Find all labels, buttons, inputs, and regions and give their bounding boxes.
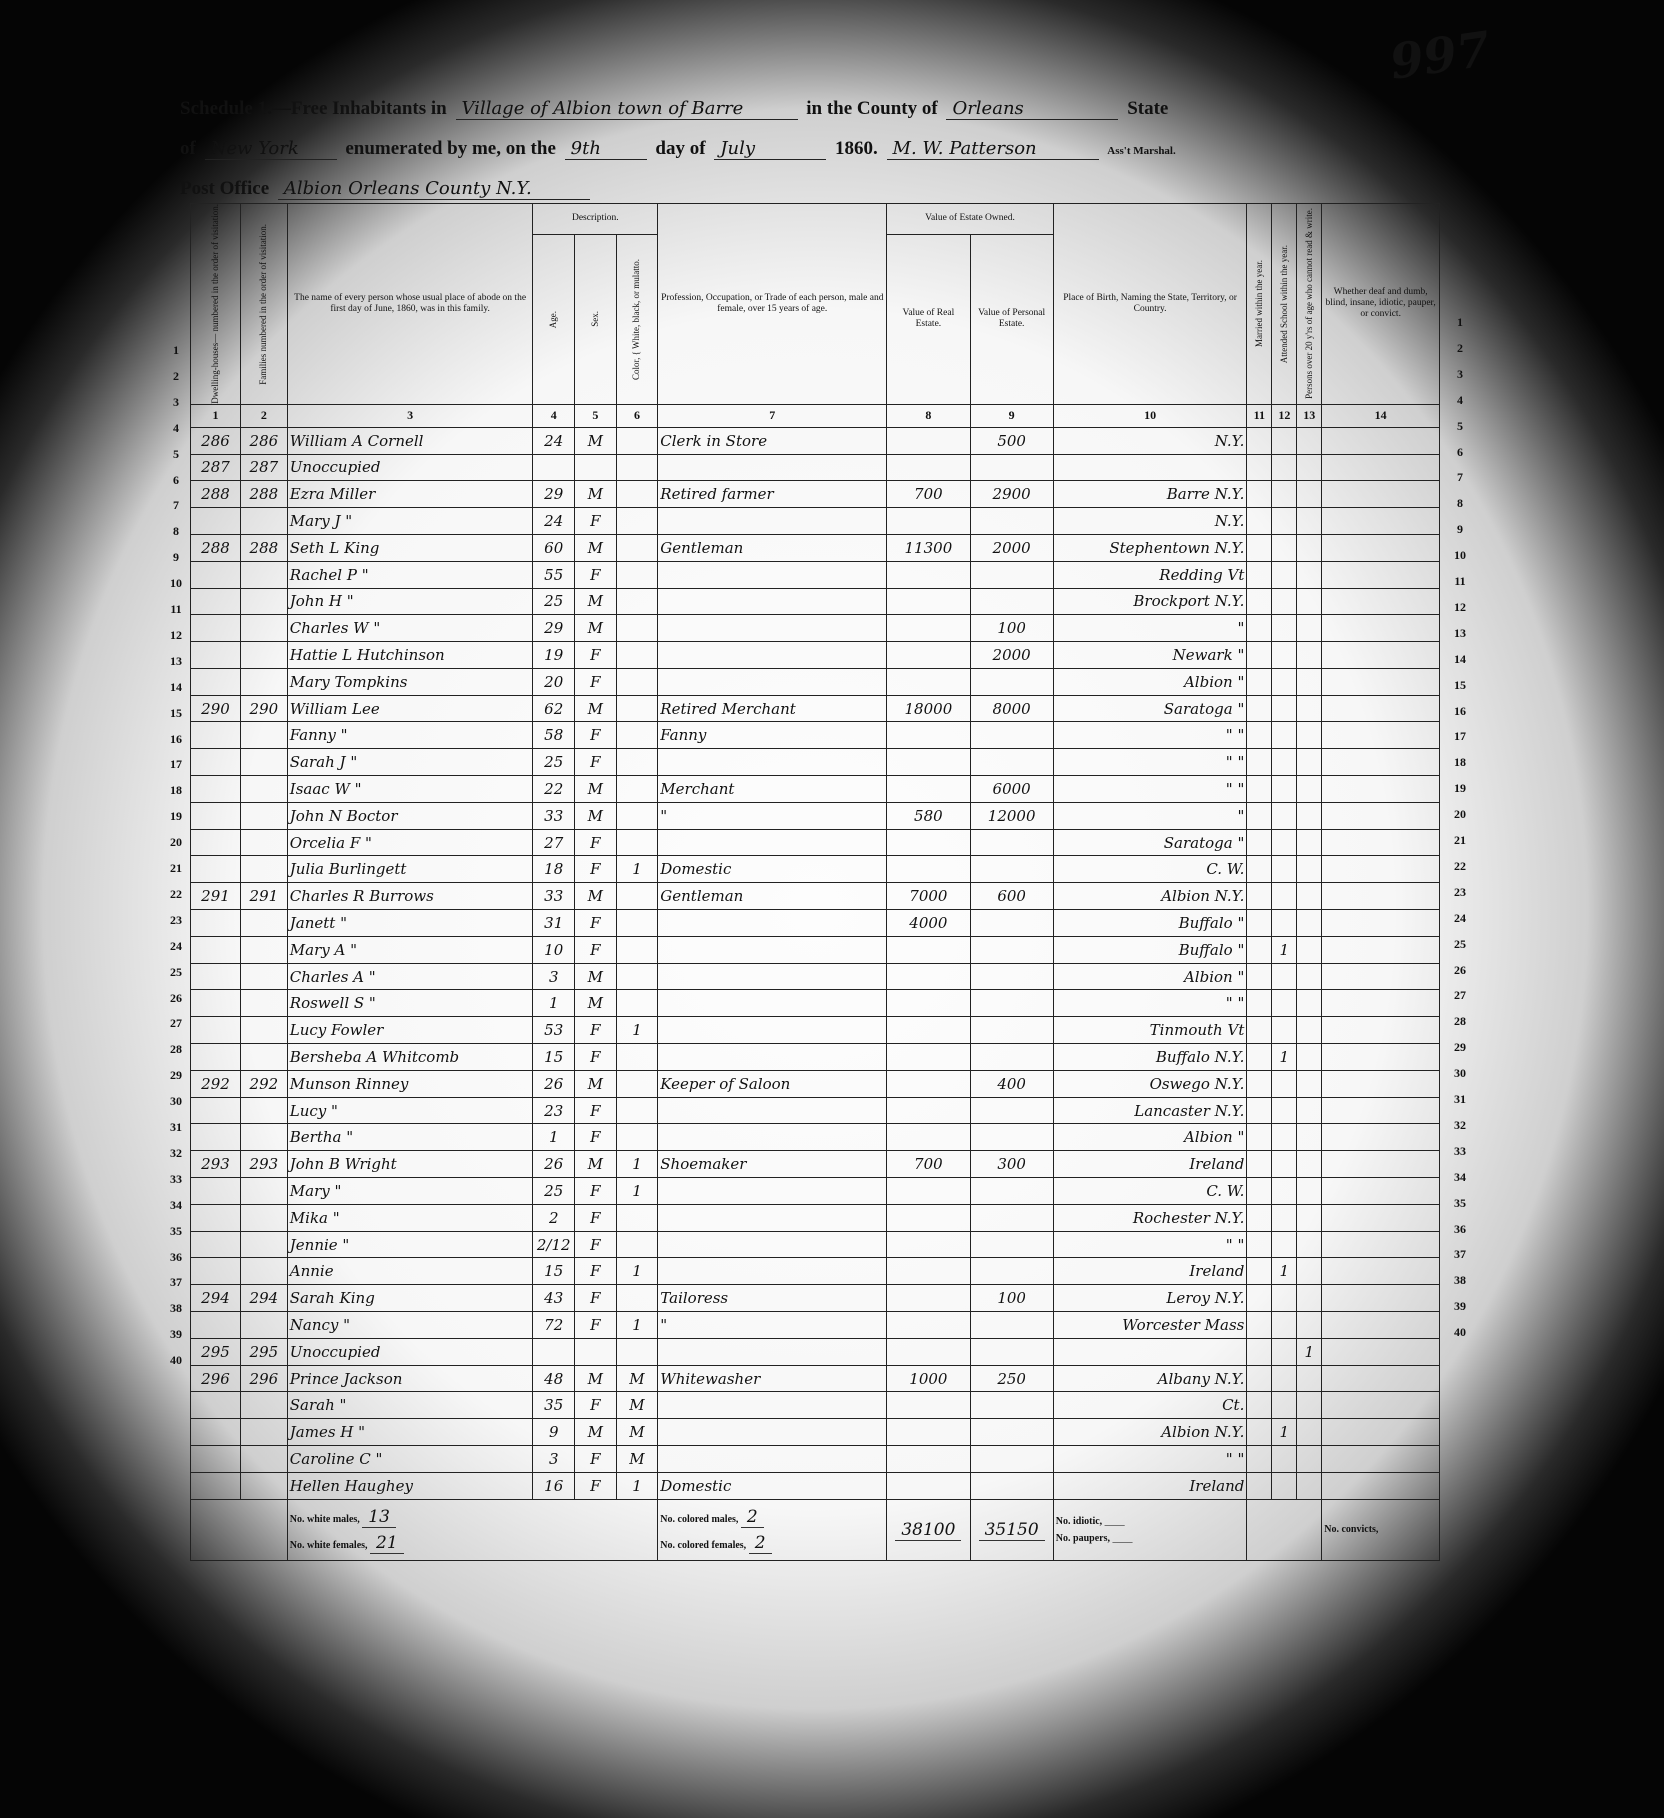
cell-name: Mary A " xyxy=(287,936,533,963)
table-row: Julia Burlingett18F1DomesticC. W. xyxy=(191,856,1440,883)
cell-age: 2 xyxy=(533,1204,575,1231)
cell-school xyxy=(1272,1472,1297,1499)
cell-real xyxy=(887,963,970,990)
cell-school: 1 xyxy=(1272,1258,1297,1285)
cell-name: John N Boctor xyxy=(287,802,533,829)
cell-family xyxy=(240,508,287,535)
cell-illiterate xyxy=(1297,427,1322,454)
cell-dwelling xyxy=(191,508,241,535)
col-header-school: Attended School within the year. xyxy=(1272,204,1297,405)
cell-sex: F xyxy=(575,508,617,535)
census-table: Dwelling-houses— numbered in the order o… xyxy=(190,203,1440,1561)
cell-sex: M xyxy=(575,695,617,722)
cell-dwelling: 295 xyxy=(191,1338,241,1365)
cell-occupation xyxy=(658,1446,887,1473)
cell-family: 291 xyxy=(240,883,287,910)
cell-condition xyxy=(1322,642,1440,669)
cell-color xyxy=(616,722,658,749)
cell-color: M xyxy=(616,1392,658,1419)
cell-personal xyxy=(970,508,1053,535)
cell-age: 3 xyxy=(533,1446,575,1473)
cell-married xyxy=(1247,883,1272,910)
cell-dwelling xyxy=(191,588,241,615)
cell-birth: Redding Vt xyxy=(1053,561,1247,588)
cell-real xyxy=(887,1178,970,1205)
cell-birth xyxy=(1053,454,1247,481)
cell-age: 1 xyxy=(533,1124,575,1151)
cell-sex: F xyxy=(575,1446,617,1473)
cell-real xyxy=(887,936,970,963)
cell-family xyxy=(240,1231,287,1258)
cell-sex: F xyxy=(575,1097,617,1124)
cell-school xyxy=(1272,561,1297,588)
census-sheet: 997 Schedule 1.—Free Inhabitants in Vill… xyxy=(150,20,1450,1780)
table-row: Caroline C "3FM" " xyxy=(191,1446,1440,1473)
cell-illiterate xyxy=(1297,963,1322,990)
cell-school xyxy=(1272,722,1297,749)
col-header-name: The name of every person whose usual pla… xyxy=(287,204,533,405)
cell-personal xyxy=(970,1124,1053,1151)
cell-dwelling xyxy=(191,615,241,642)
cell-dwelling xyxy=(191,910,241,937)
cell-occupation xyxy=(658,1124,887,1151)
cell-school: 1 xyxy=(1272,936,1297,963)
cell-school xyxy=(1272,1392,1297,1419)
right-line-number: 38 xyxy=(1448,1273,1472,1288)
table-row: Isaac W "22MMerchant6000" " xyxy=(191,776,1440,803)
cell-married xyxy=(1247,1312,1272,1339)
cell-occupation xyxy=(658,1392,887,1419)
marshal-field: M. W. Patterson xyxy=(887,138,1099,160)
cell-occupation xyxy=(658,1204,887,1231)
cell-married xyxy=(1247,615,1272,642)
cell-color xyxy=(616,963,658,990)
table-row: 290290William Lee62MRetired Merchant1800… xyxy=(191,695,1440,722)
cell-name: Charles W " xyxy=(287,615,533,642)
cell-school xyxy=(1272,856,1297,883)
cell-age: 3 xyxy=(533,963,575,990)
cell-age: 31 xyxy=(533,910,575,937)
cell-age: 33 xyxy=(533,802,575,829)
cell-illiterate: 1 xyxy=(1297,1338,1322,1365)
cell-family xyxy=(240,749,287,776)
cell-real xyxy=(887,588,970,615)
cell-married xyxy=(1247,561,1272,588)
cell-condition xyxy=(1322,1124,1440,1151)
left-line-number: 22 xyxy=(164,887,188,902)
cell-occupation: " xyxy=(658,802,887,829)
cell-personal xyxy=(970,561,1053,588)
table-row: 292292Munson Rinney26MKeeper of Saloon40… xyxy=(191,1070,1440,1097)
right-line-number: 11 xyxy=(1448,574,1472,589)
cell-sex: M xyxy=(575,481,617,508)
cell-personal: 12000 xyxy=(970,802,1053,829)
left-line-number: 36 xyxy=(164,1250,188,1265)
cell-real xyxy=(887,1419,970,1446)
cell-married xyxy=(1247,1285,1272,1312)
table-row: Lucy Fowler53F1Tinmouth Vt xyxy=(191,1017,1440,1044)
cell-school xyxy=(1272,588,1297,615)
schedule-header-line: Schedule 1.—Free Inhabitants in Village … xyxy=(180,98,1168,120)
cell-birth: N.Y. xyxy=(1053,508,1247,535)
post-office-label: Post Office xyxy=(180,178,269,199)
cell-occupation: Retired Merchant xyxy=(658,695,887,722)
cell-real xyxy=(887,615,970,642)
cell-family xyxy=(240,1312,287,1339)
cell-married xyxy=(1247,1365,1272,1392)
col-header-age: Age. xyxy=(533,234,575,404)
cell-dwelling xyxy=(191,856,241,883)
cell-married xyxy=(1247,1178,1272,1205)
cell-condition xyxy=(1322,1258,1440,1285)
left-line-number: 8 xyxy=(164,524,188,539)
cell-dwelling xyxy=(191,561,241,588)
county-field: Orleans xyxy=(946,98,1118,120)
table-row: Annie15F1Ireland1 xyxy=(191,1258,1440,1285)
cell-condition xyxy=(1322,1204,1440,1231)
cell-color xyxy=(616,454,658,481)
cell-illiterate xyxy=(1297,588,1322,615)
cell-personal: 100 xyxy=(970,615,1053,642)
cell-age: 26 xyxy=(533,1151,575,1178)
cell-color xyxy=(616,1070,658,1097)
right-line-number: 35 xyxy=(1448,1196,1472,1211)
right-line-number: 3 xyxy=(1448,367,1472,382)
cell-condition xyxy=(1322,802,1440,829)
left-line-number: 21 xyxy=(164,861,188,876)
col-header-family: Families numbered in the order of visita… xyxy=(240,204,287,405)
cell-name: John B Wright xyxy=(287,1151,533,1178)
cell-occupation: " xyxy=(658,1312,887,1339)
cell-illiterate xyxy=(1297,990,1322,1017)
cell-real xyxy=(887,668,970,695)
col-header-married: Married within the year. xyxy=(1247,204,1272,405)
cell-school xyxy=(1272,1178,1297,1205)
cell-color xyxy=(616,561,658,588)
table-row: Mika "2FRochester N.Y. xyxy=(191,1204,1440,1231)
cell-color xyxy=(616,1097,658,1124)
col-header-color: Color, { White, black, or mulatto. xyxy=(616,234,658,404)
cell-sex: F xyxy=(575,1472,617,1499)
cell-personal xyxy=(970,1419,1053,1446)
cell-illiterate xyxy=(1297,1258,1322,1285)
right-line-number: 12 xyxy=(1448,600,1472,615)
right-line-number: 36 xyxy=(1448,1222,1472,1237)
cell-sex: F xyxy=(575,1258,617,1285)
cell-age: 33 xyxy=(533,883,575,910)
cell-illiterate xyxy=(1297,856,1322,883)
year-label: 1860. xyxy=(835,138,878,159)
summary-idiotic-paupers: No. idiotic, ____ No. paupers, ____ xyxy=(1053,1499,1247,1560)
cell-real xyxy=(887,1070,970,1097)
cell-real xyxy=(887,856,970,883)
cell-real xyxy=(887,1312,970,1339)
cell-condition xyxy=(1322,1151,1440,1178)
cell-school: 1 xyxy=(1272,1044,1297,1071)
summary-colored: No. colored males, 2 No. colored females… xyxy=(658,1499,887,1560)
cell-illiterate xyxy=(1297,1204,1322,1231)
cell-dwelling xyxy=(191,1392,241,1419)
cell-occupation xyxy=(658,1017,887,1044)
cell-age: 15 xyxy=(533,1044,575,1071)
cell-real xyxy=(887,454,970,481)
cell-school xyxy=(1272,963,1297,990)
left-line-number: 16 xyxy=(164,732,188,747)
cell-illiterate xyxy=(1297,481,1322,508)
cell-name: William Lee xyxy=(287,695,533,722)
cell-birth: " xyxy=(1053,802,1247,829)
census-rows: 286286William A Cornell24MClerk in Store… xyxy=(191,427,1440,1499)
cell-condition xyxy=(1322,1472,1440,1499)
cell-school xyxy=(1272,427,1297,454)
cell-family xyxy=(240,722,287,749)
cell-name: Unoccupied xyxy=(287,454,533,481)
cell-age: 35 xyxy=(533,1392,575,1419)
cell-name: Charles R Burrows xyxy=(287,883,533,910)
cell-occupation: Clerk in Store xyxy=(658,427,887,454)
cell-age: 10 xyxy=(533,936,575,963)
cell-family xyxy=(240,990,287,1017)
cell-color xyxy=(616,1204,658,1231)
cell-real xyxy=(887,1204,970,1231)
cell-real: 700 xyxy=(887,1151,970,1178)
cell-personal xyxy=(970,1472,1053,1499)
left-line-number: 14 xyxy=(164,680,188,695)
cell-personal xyxy=(970,1204,1053,1231)
cell-family: 294 xyxy=(240,1285,287,1312)
cell-sex: M xyxy=(575,1070,617,1097)
cell-name: Ezra Miller xyxy=(287,481,533,508)
cell-occupation xyxy=(658,1231,887,1258)
cell-school xyxy=(1272,1338,1297,1365)
cell-real xyxy=(887,749,970,776)
right-line-number: 7 xyxy=(1448,470,1472,485)
cell-color xyxy=(616,481,658,508)
cell-condition xyxy=(1322,454,1440,481)
cell-dwelling xyxy=(191,1178,241,1205)
cell-sex: F xyxy=(575,1392,617,1419)
cell-married xyxy=(1247,454,1272,481)
cell-married xyxy=(1247,1044,1272,1071)
cell-sex: M xyxy=(575,883,617,910)
cell-personal xyxy=(970,856,1053,883)
cell-color: M xyxy=(616,1365,658,1392)
right-line-number: 6 xyxy=(1448,445,1472,460)
cell-real: 1000 xyxy=(887,1365,970,1392)
cell-illiterate xyxy=(1297,1472,1322,1499)
cell-occupation xyxy=(658,749,887,776)
white-females-count: 21 xyxy=(370,1533,404,1554)
state-field: New York xyxy=(205,138,337,160)
table-row: Fanny "58FFanny" " xyxy=(191,722,1440,749)
left-line-number: 23 xyxy=(164,913,188,928)
left-line-number: 26 xyxy=(164,991,188,1006)
left-line-number: 29 xyxy=(164,1068,188,1083)
cell-name: Isaac W " xyxy=(287,776,533,803)
cell-personal xyxy=(970,910,1053,937)
cell-name: Bertha " xyxy=(287,1124,533,1151)
cell-birth: Ireland xyxy=(1053,1472,1247,1499)
cell-occupation xyxy=(658,936,887,963)
right-line-number: 15 xyxy=(1448,678,1472,693)
cell-occupation xyxy=(658,1097,887,1124)
cell-school xyxy=(1272,1017,1297,1044)
cell-name: Janett " xyxy=(287,910,533,937)
cell-illiterate xyxy=(1297,829,1322,856)
cell-age: 18 xyxy=(533,856,575,883)
state-label: State xyxy=(1127,98,1168,119)
cell-family xyxy=(240,588,287,615)
enumerated-label: enumerated by me, on the xyxy=(345,138,556,159)
table-row: Roswell S "1M" " xyxy=(191,990,1440,1017)
cell-family: 295 xyxy=(240,1338,287,1365)
cell-illiterate xyxy=(1297,1070,1322,1097)
left-line-number: 32 xyxy=(164,1146,188,1161)
cell-color xyxy=(616,802,658,829)
cell-real: 18000 xyxy=(887,695,970,722)
cell-married xyxy=(1247,963,1272,990)
cell-birth: Barre N.Y. xyxy=(1053,481,1247,508)
cell-illiterate xyxy=(1297,1124,1322,1151)
cell-birth: Buffalo " xyxy=(1053,910,1247,937)
cell-school xyxy=(1272,534,1297,561)
cell-condition xyxy=(1322,1097,1440,1124)
cell-condition xyxy=(1322,722,1440,749)
cell-school xyxy=(1272,642,1297,669)
col-header-dwelling: Dwelling-houses— numbered in the order o… xyxy=(191,204,241,405)
cell-birth: Newark " xyxy=(1053,642,1247,669)
cell-married xyxy=(1247,1419,1272,1446)
cell-family: 292 xyxy=(240,1070,287,1097)
cell-illiterate xyxy=(1297,1097,1322,1124)
cell-real xyxy=(887,829,970,856)
cell-age: 24 xyxy=(533,508,575,535)
cell-dwelling xyxy=(191,963,241,990)
cell-dwelling xyxy=(191,1419,241,1446)
summary-row: No. white males, 13 No. white females, 2… xyxy=(191,1499,1440,1560)
right-line-number: 33 xyxy=(1448,1144,1472,1159)
cell-age: 9 xyxy=(533,1419,575,1446)
cell-birth: Worcester Mass xyxy=(1053,1312,1247,1339)
cell-personal xyxy=(970,1178,1053,1205)
cell-color: 1 xyxy=(616,856,658,883)
cell-illiterate xyxy=(1297,1178,1322,1205)
cell-real xyxy=(887,1097,970,1124)
cell-name: Hattie L Hutchinson xyxy=(287,642,533,669)
cell-color xyxy=(616,642,658,669)
cell-condition xyxy=(1322,1017,1440,1044)
cell-occupation xyxy=(658,615,887,642)
cell-condition xyxy=(1322,1392,1440,1419)
cell-occupation: Keeper of Saloon xyxy=(658,1070,887,1097)
cell-personal xyxy=(970,1017,1053,1044)
cell-real xyxy=(887,1044,970,1071)
cell-married xyxy=(1247,1151,1272,1178)
cell-personal xyxy=(970,668,1053,695)
cell-name: Unoccupied xyxy=(287,1338,533,1365)
cell-personal xyxy=(970,1231,1053,1258)
cell-occupation xyxy=(658,829,887,856)
cell-name: Jennie " xyxy=(287,1231,533,1258)
cell-personal xyxy=(970,936,1053,963)
cell-dwelling xyxy=(191,1312,241,1339)
cell-family xyxy=(240,1472,287,1499)
cell-color xyxy=(616,776,658,803)
cell-birth: Albion " xyxy=(1053,1124,1247,1151)
cell-condition xyxy=(1322,1231,1440,1258)
cell-personal: 600 xyxy=(970,883,1053,910)
cell-birth: Tinmouth Vt xyxy=(1053,1017,1247,1044)
cell-age: 62 xyxy=(533,695,575,722)
cell-real xyxy=(887,427,970,454)
table-row: Bersheba A Whitcomb15FBuffalo N.Y.1 xyxy=(191,1044,1440,1071)
cell-birth: Ct. xyxy=(1053,1392,1247,1419)
schedule-label: Schedule 1.—Free Inhabitants in xyxy=(180,98,447,119)
cell-birth: Oswego N.Y. xyxy=(1053,1070,1247,1097)
cell-school xyxy=(1272,883,1297,910)
cell-color: 1 xyxy=(616,1258,658,1285)
cell-real: 11300 xyxy=(887,534,970,561)
cell-name: Charles A " xyxy=(287,963,533,990)
cell-personal xyxy=(970,454,1053,481)
column-number-row: 1 2 3 4 5 6 7 8 9 10 11 12 13 14 xyxy=(191,404,1440,427)
left-line-number: 28 xyxy=(164,1042,188,1057)
cell-sex: F xyxy=(575,910,617,937)
cell-school: 1 xyxy=(1272,1419,1297,1446)
cell-illiterate xyxy=(1297,1365,1322,1392)
cell-personal: 400 xyxy=(970,1070,1053,1097)
cell-color: M xyxy=(616,1446,658,1473)
cell-condition xyxy=(1322,856,1440,883)
right-line-number: 30 xyxy=(1448,1066,1472,1081)
cell-dwelling xyxy=(191,1231,241,1258)
cell-condition xyxy=(1322,883,1440,910)
cell-married xyxy=(1247,1338,1272,1365)
cell-married xyxy=(1247,990,1272,1017)
cell-real xyxy=(887,722,970,749)
cell-family xyxy=(240,1446,287,1473)
cell-occupation: Fanny xyxy=(658,722,887,749)
table-row: 294294Sarah King43FTailoress100Leroy N.Y… xyxy=(191,1285,1440,1312)
right-line-number: 14 xyxy=(1448,652,1472,667)
cell-illiterate xyxy=(1297,1312,1322,1339)
cell-real: 4000 xyxy=(887,910,970,937)
cell-married xyxy=(1247,749,1272,776)
day-of-label: day of xyxy=(655,138,705,159)
cell-married xyxy=(1247,588,1272,615)
cell-school xyxy=(1272,829,1297,856)
cell-name: Julia Burlingett xyxy=(287,856,533,883)
cell-color: 1 xyxy=(616,1312,658,1339)
cell-personal xyxy=(970,829,1053,856)
cell-occupation xyxy=(658,963,887,990)
cell-school xyxy=(1272,1097,1297,1124)
cell-illiterate xyxy=(1297,1231,1322,1258)
cell-occupation xyxy=(658,1044,887,1071)
cell-family xyxy=(240,829,287,856)
cell-color xyxy=(616,1285,658,1312)
cell-name: Sarah " xyxy=(287,1392,533,1419)
cell-married xyxy=(1247,1392,1272,1419)
cell-condition xyxy=(1322,615,1440,642)
right-line-number: 20 xyxy=(1448,807,1472,822)
left-line-number: 7 xyxy=(164,498,188,513)
cell-name: Sarah King xyxy=(287,1285,533,1312)
cell-sex: F xyxy=(575,642,617,669)
col-header-real-estate: Value of Real Estate. xyxy=(887,234,970,404)
left-line-number: 3 xyxy=(164,395,188,410)
cell-color xyxy=(616,1231,658,1258)
